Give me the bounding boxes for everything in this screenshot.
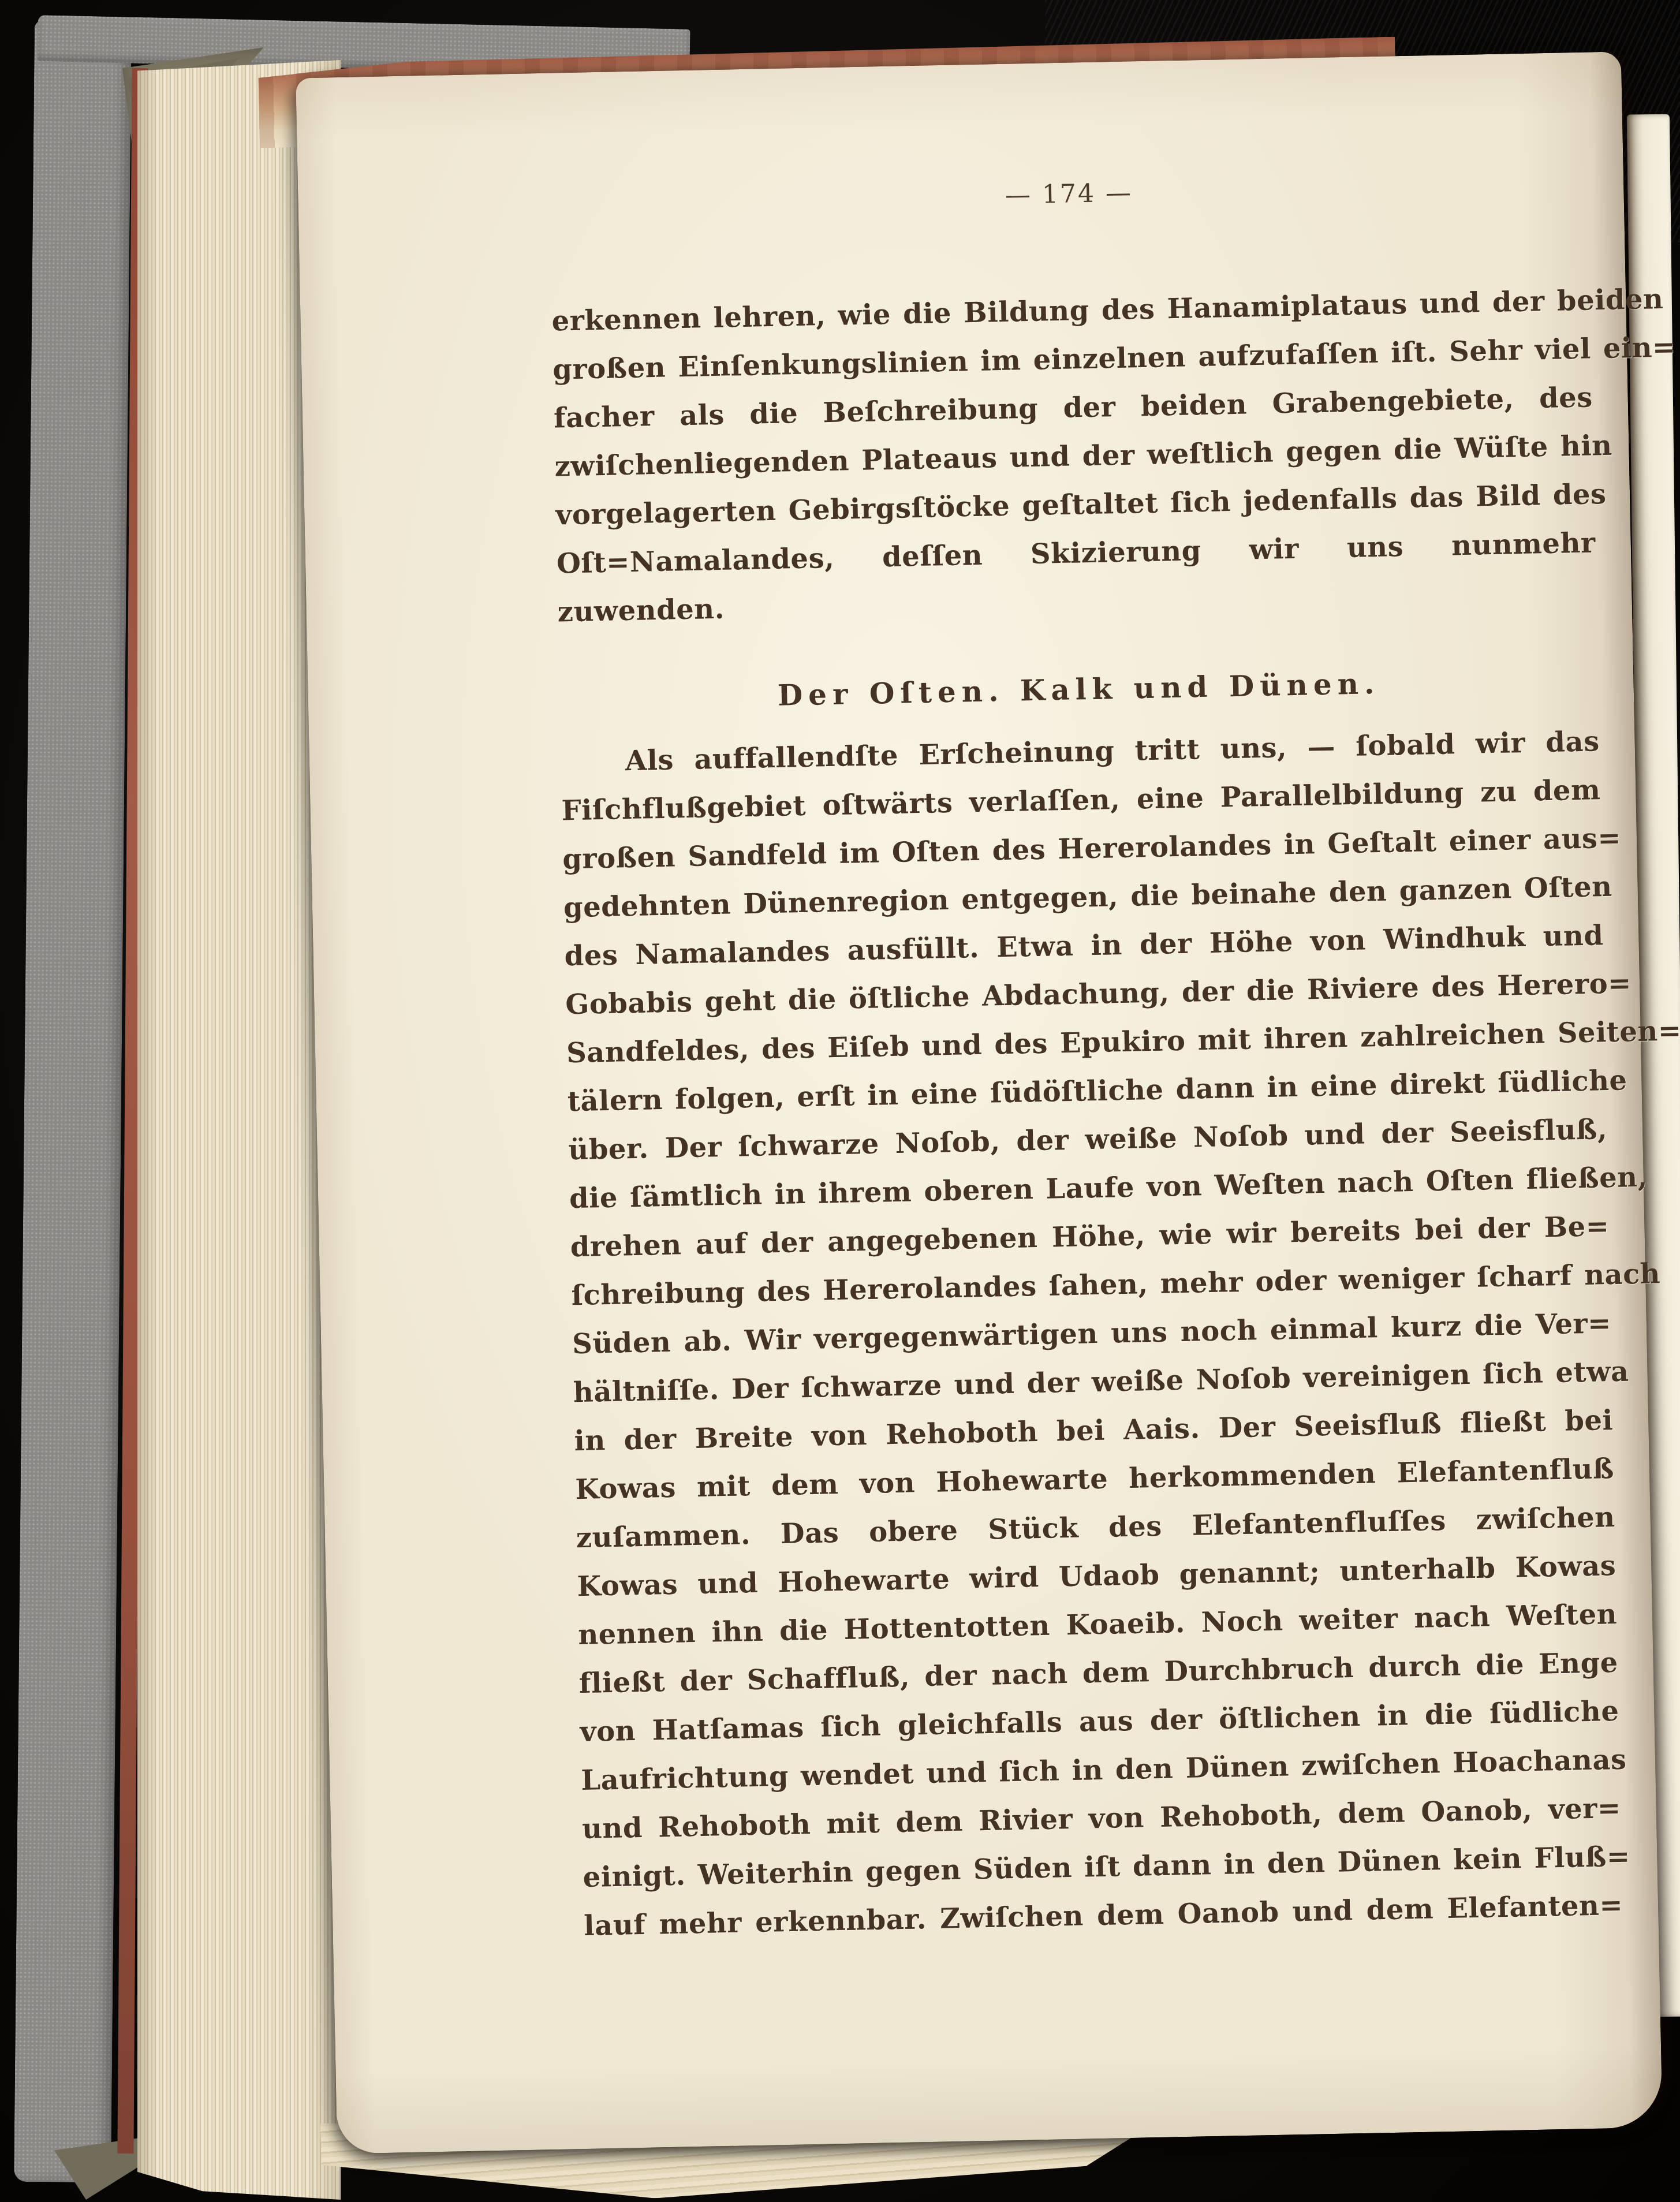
page-number: — 174 — — [549, 167, 1589, 222]
text-line: Oſt=Namalandes, deſſen Skizierung wir un… — [556, 518, 1597, 636]
section-heading: Der Oſten. Kalk und Dünen. — [559, 655, 1599, 724]
book-page: — 174 — erkennen lehren, wie die Bildung… — [296, 51, 1663, 2154]
paragraph: Als auffallendſte Erſcheinung tritt uns,… — [560, 717, 1623, 1950]
book-scan-photo: — 174 — erkennen lehren, wie die Bildung… — [0, 0, 1680, 2202]
paragraph: erkennen lehren, wie die Bildung des Han… — [551, 276, 1597, 636]
book-cover-left-board — [14, 20, 132, 2182]
text-column: — 174 — erkennen lehren, wie die Bildung… — [547, 53, 1627, 2149]
